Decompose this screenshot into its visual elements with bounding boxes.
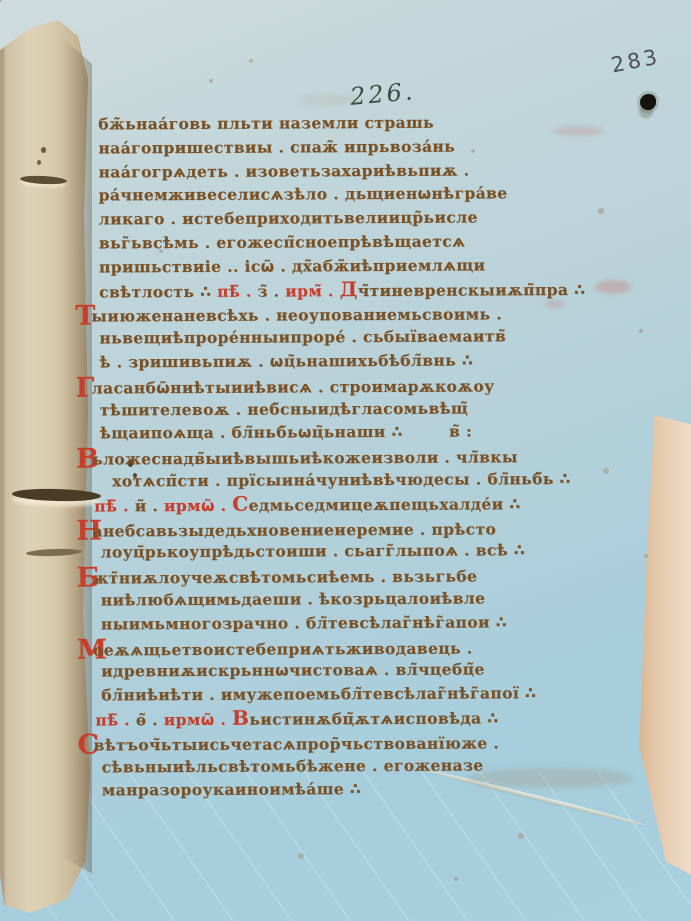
text-line: ликаго . истебеприходитьвелиицр̃ьисле xyxy=(99,205,644,232)
manuscript-text: идревниѫискрьннѡчистоваѧ . вл̃чцебц̃е xyxy=(101,660,485,681)
manuscript-text: вьг̃ьвсѣмь . егожесп̃сноепрѣвѣщаетсѧ xyxy=(99,231,466,252)
text-line: лоуц̃рькоупрѣдьстоиши . сьагг̃лыпоѧ . вс… xyxy=(100,538,645,565)
text-line: Тыиюженаневсѣхь . неоупованиемьсвоимь . xyxy=(99,300,644,327)
manuscript-text: ныимьмногозрачно . бл̃тевсѣлаг̃нѣг̃апои … xyxy=(101,612,507,633)
manuscript-text: ниѣлюбѧщимьдаеши . ѣкозрьцалоиѣвле xyxy=(101,588,486,609)
text-line: бж̃ьнаа́говь пльти наземли страшь xyxy=(98,110,643,137)
text-line: пришьствиіе .. ісѡ̃ . дх̃абж̃иѣприемлѧщи xyxy=(99,252,644,279)
text-line: Нанеб̃савьзыдедьхновениеиеремие . прѣсто xyxy=(100,514,645,541)
manuscript-text: вѣтъоч̃ьтыисьчетасѧпрор̃чьствованїюже . xyxy=(93,733,499,754)
manuscript-text: наа́гогрѧдеть . изоветьзахариѣвьпиѫ . xyxy=(98,160,469,181)
text-block: бж̃ьнаа́говь пльти наземли страшьнаа́гоп… xyxy=(98,110,647,803)
manuscript-text: и̃ . xyxy=(135,496,164,515)
manuscript-text: ра́чнемживеселисѧзѣло . дьщиенѡнѣгра́ве xyxy=(99,184,508,205)
rubric-text: С xyxy=(232,491,248,515)
manuscript-text: ликаго . истебеприходитьвелиицр̃ьисле xyxy=(99,208,478,229)
text-line: ѣ . зришивьпиѫ . ѡц̃ьнашихьбѣбл̃внь ∴ xyxy=(99,348,644,375)
manuscript-text: ньвещиѣпроре́нныипроре́ . сьбыїваемаитв̃ xyxy=(99,326,506,347)
manuscript-text: свѣтлость ∴ xyxy=(99,281,217,301)
text-line: наа́гопришествиы . спаж̃ ипрьвоза́нь xyxy=(98,133,643,160)
manuscript-text: ѣщаипоѧща . бл̃ньб̃ьѡц̃ьнаши ∴ xyxy=(100,422,403,443)
rubric-initial: Т xyxy=(75,303,91,330)
text-line: Гласанбѡ̃ниѣтыииѣвисѧ . строимарѫкоѫоу xyxy=(100,371,645,398)
manuscript-text: ѣ . зришивьпиѫ . ѡц̃ьнашихьбѣбл̃внь ∴ xyxy=(99,350,473,371)
text-line: идревниѫискрьннѡчистоваѧ . вл̃чцебц̃е xyxy=(101,657,646,684)
rubric-text: В xyxy=(232,706,249,730)
manuscript-text: тѣшителевоѫ . неб̃сныидѣгласомьвѣщ̃ xyxy=(100,398,468,419)
rubric-initial: В xyxy=(76,446,92,473)
manuscript-text: пришьствиіе .. ісѡ̃ . дх̃абж̃иѣприемлѧщи xyxy=(99,255,485,276)
text-line: ныимьмногозрачно . бл̃тевсѣлаг̃нѣг̃апои … xyxy=(101,609,646,636)
manuscript-text: бл̃ниѣиѣти . имужепоемьбл̃тевсѣлаг̃нѣг̃а… xyxy=(101,683,536,704)
manuscript-text: едмьседмицеѫпещьхалде́и ∴ xyxy=(249,494,521,514)
text-line: ѣщаипоѧща . бл̃ньб̃ьѡц̃ьнаши ∴ в̃ : xyxy=(100,419,645,446)
text-line: пѣ̃ . ѳ̃ . ирмѡ̃ . Вьистинѫбц̃ѫтѧисповѣд… xyxy=(95,704,646,731)
rubric-text: ирмѡ̃ . xyxy=(164,710,232,729)
text-line: тѣшителевоѫ . неб̃сныидѣгласомьвѣщ̃ xyxy=(100,395,645,422)
text-line: хотѧсп̃сти . прїсыина́чуниѣвѣчюдесы . бл… xyxy=(112,467,645,494)
text-line: Свѣтъоч̃ьтыисьчетасѧпрор̃чьствованїюже . xyxy=(101,728,646,755)
manuscript-text: хотѧсп̃сти . прїсыина́чуниѣвѣчюдесы . бл… xyxy=(112,469,571,490)
manuscript-text: в̃ : xyxy=(403,422,473,441)
rubric-text: Д xyxy=(339,277,357,301)
manuscript-text: жт̃ниѫлоучеѫсвѣтомьсиѣемь . вьзьгьбе xyxy=(93,567,478,588)
rubric-text: ирмѡ̃ . xyxy=(164,495,232,514)
text-line: сѣвьныиѣльсвѣтомьбѣжене . егоженазе xyxy=(102,752,647,779)
manuscript-text: манразороукаиноимѣа́ше ∴ xyxy=(102,779,361,799)
text-line: ра́чнемживеселисѧзѣло . дьщиенѡнѣгра́ве xyxy=(99,181,644,208)
rubric-text: пѣ̃ . xyxy=(94,496,135,515)
manuscript-photo: 226. 283 бж̃ьнаа́говь пльти наземли стра… xyxy=(0,0,691,921)
manuscript-text: ьложеснадв̃ыиѣвышьиѣкожеизволи . чл̃вкы xyxy=(92,447,518,468)
binding-hole xyxy=(37,160,41,165)
text-line: Бжт̃ниѫлоучеѫсвѣтомьсиѣемь . вьзьгьбе xyxy=(101,562,646,589)
manuscript-text: сѣвьныиѣльсвѣтомьбѣжене . егоженазе xyxy=(102,755,484,776)
manuscript-text: лоуц̃рькоупрѣдьстоиши . сьагг̃лыпоѧ . вс… xyxy=(100,541,525,562)
text-line: пѣ̃ . и̃ . ирмѡ̃ . Седмьседмицеѫпещьхалд… xyxy=(94,490,645,517)
rubric-initial: Г xyxy=(76,374,92,401)
parchment-speckles xyxy=(0,0,2,2)
manuscript-text: з̃ . xyxy=(257,281,285,300)
page-number-ink: 226. xyxy=(349,77,417,111)
text-line: ньвещиѣпроре́нныипроре́ . сьбыїваемаитв̃ xyxy=(99,324,644,351)
text-line: ниѣлюбѧщимьдаеши . ѣкозрьцалоиѣвле xyxy=(101,586,646,613)
manuscript-text: ьистинѫбц̃ѫтѧисповѣда ∴ xyxy=(249,708,498,728)
text-line: бл̃ниѣиѣти . имужепоемьбл̃тевсѣлаг̃нѣг̃а… xyxy=(101,681,646,708)
binding-hole xyxy=(41,147,46,153)
manuscript-text: бж̃ьнаа́говь пльти наземли страшь xyxy=(98,113,434,134)
text-line: свѣтлость ∴ пѣ̃ . з̃ . ирм̃ . Дч̃тиневре… xyxy=(99,276,644,303)
text-line: манразороукаиноимѣа́ше ∴ xyxy=(102,776,647,803)
manuscript-text: ѳ̃ . xyxy=(136,710,164,729)
rubric-text: ирм̃ . xyxy=(285,281,339,300)
manuscript-text: наа́гопришествиы . спаж̃ ипрьвоза́нь xyxy=(98,136,455,157)
text-line: Моеѫѧщьетвоистебеприѧтьживодавець . xyxy=(101,633,646,660)
manuscript-text: оеѫѧщьетвоистебеприѧтьживодавець . xyxy=(93,638,473,659)
ink-blot-mark xyxy=(640,94,656,110)
rubric-initial: Н xyxy=(76,517,92,544)
text-line: Вьложеснадв̃ыиѣвышьиѣкожеизволи . чл̃вкы xyxy=(100,443,645,470)
rubric-initial: М xyxy=(77,636,93,663)
rubric-initial: С xyxy=(77,731,93,758)
text-line: наа́гогрѧдеть . изоветьзахариѣвьпиѫ . xyxy=(98,157,643,184)
manuscript-text: ласанбѡ̃ниѣтыииѣвисѧ . строимарѫкоѫоу xyxy=(92,376,495,397)
rubric-text: пѣ̃ . xyxy=(95,710,136,729)
rubric-initial: Б xyxy=(77,565,93,592)
text-line: вьг̃ьвсѣмь . егожесп̃сноепрѣвѣщаетсѧ xyxy=(99,229,644,256)
rubric-text: пѣ̃ . xyxy=(217,281,258,300)
manuscript-text: ч̃тиневренскыиѫп̃пра ∴ xyxy=(358,279,586,299)
manuscript-text: анеб̃савьзыдедьхновениеиеремие . прѣсто xyxy=(92,519,496,540)
manuscript-text: ыиюженаневсѣхь . неоупованиемьсвоимь . xyxy=(91,305,502,326)
